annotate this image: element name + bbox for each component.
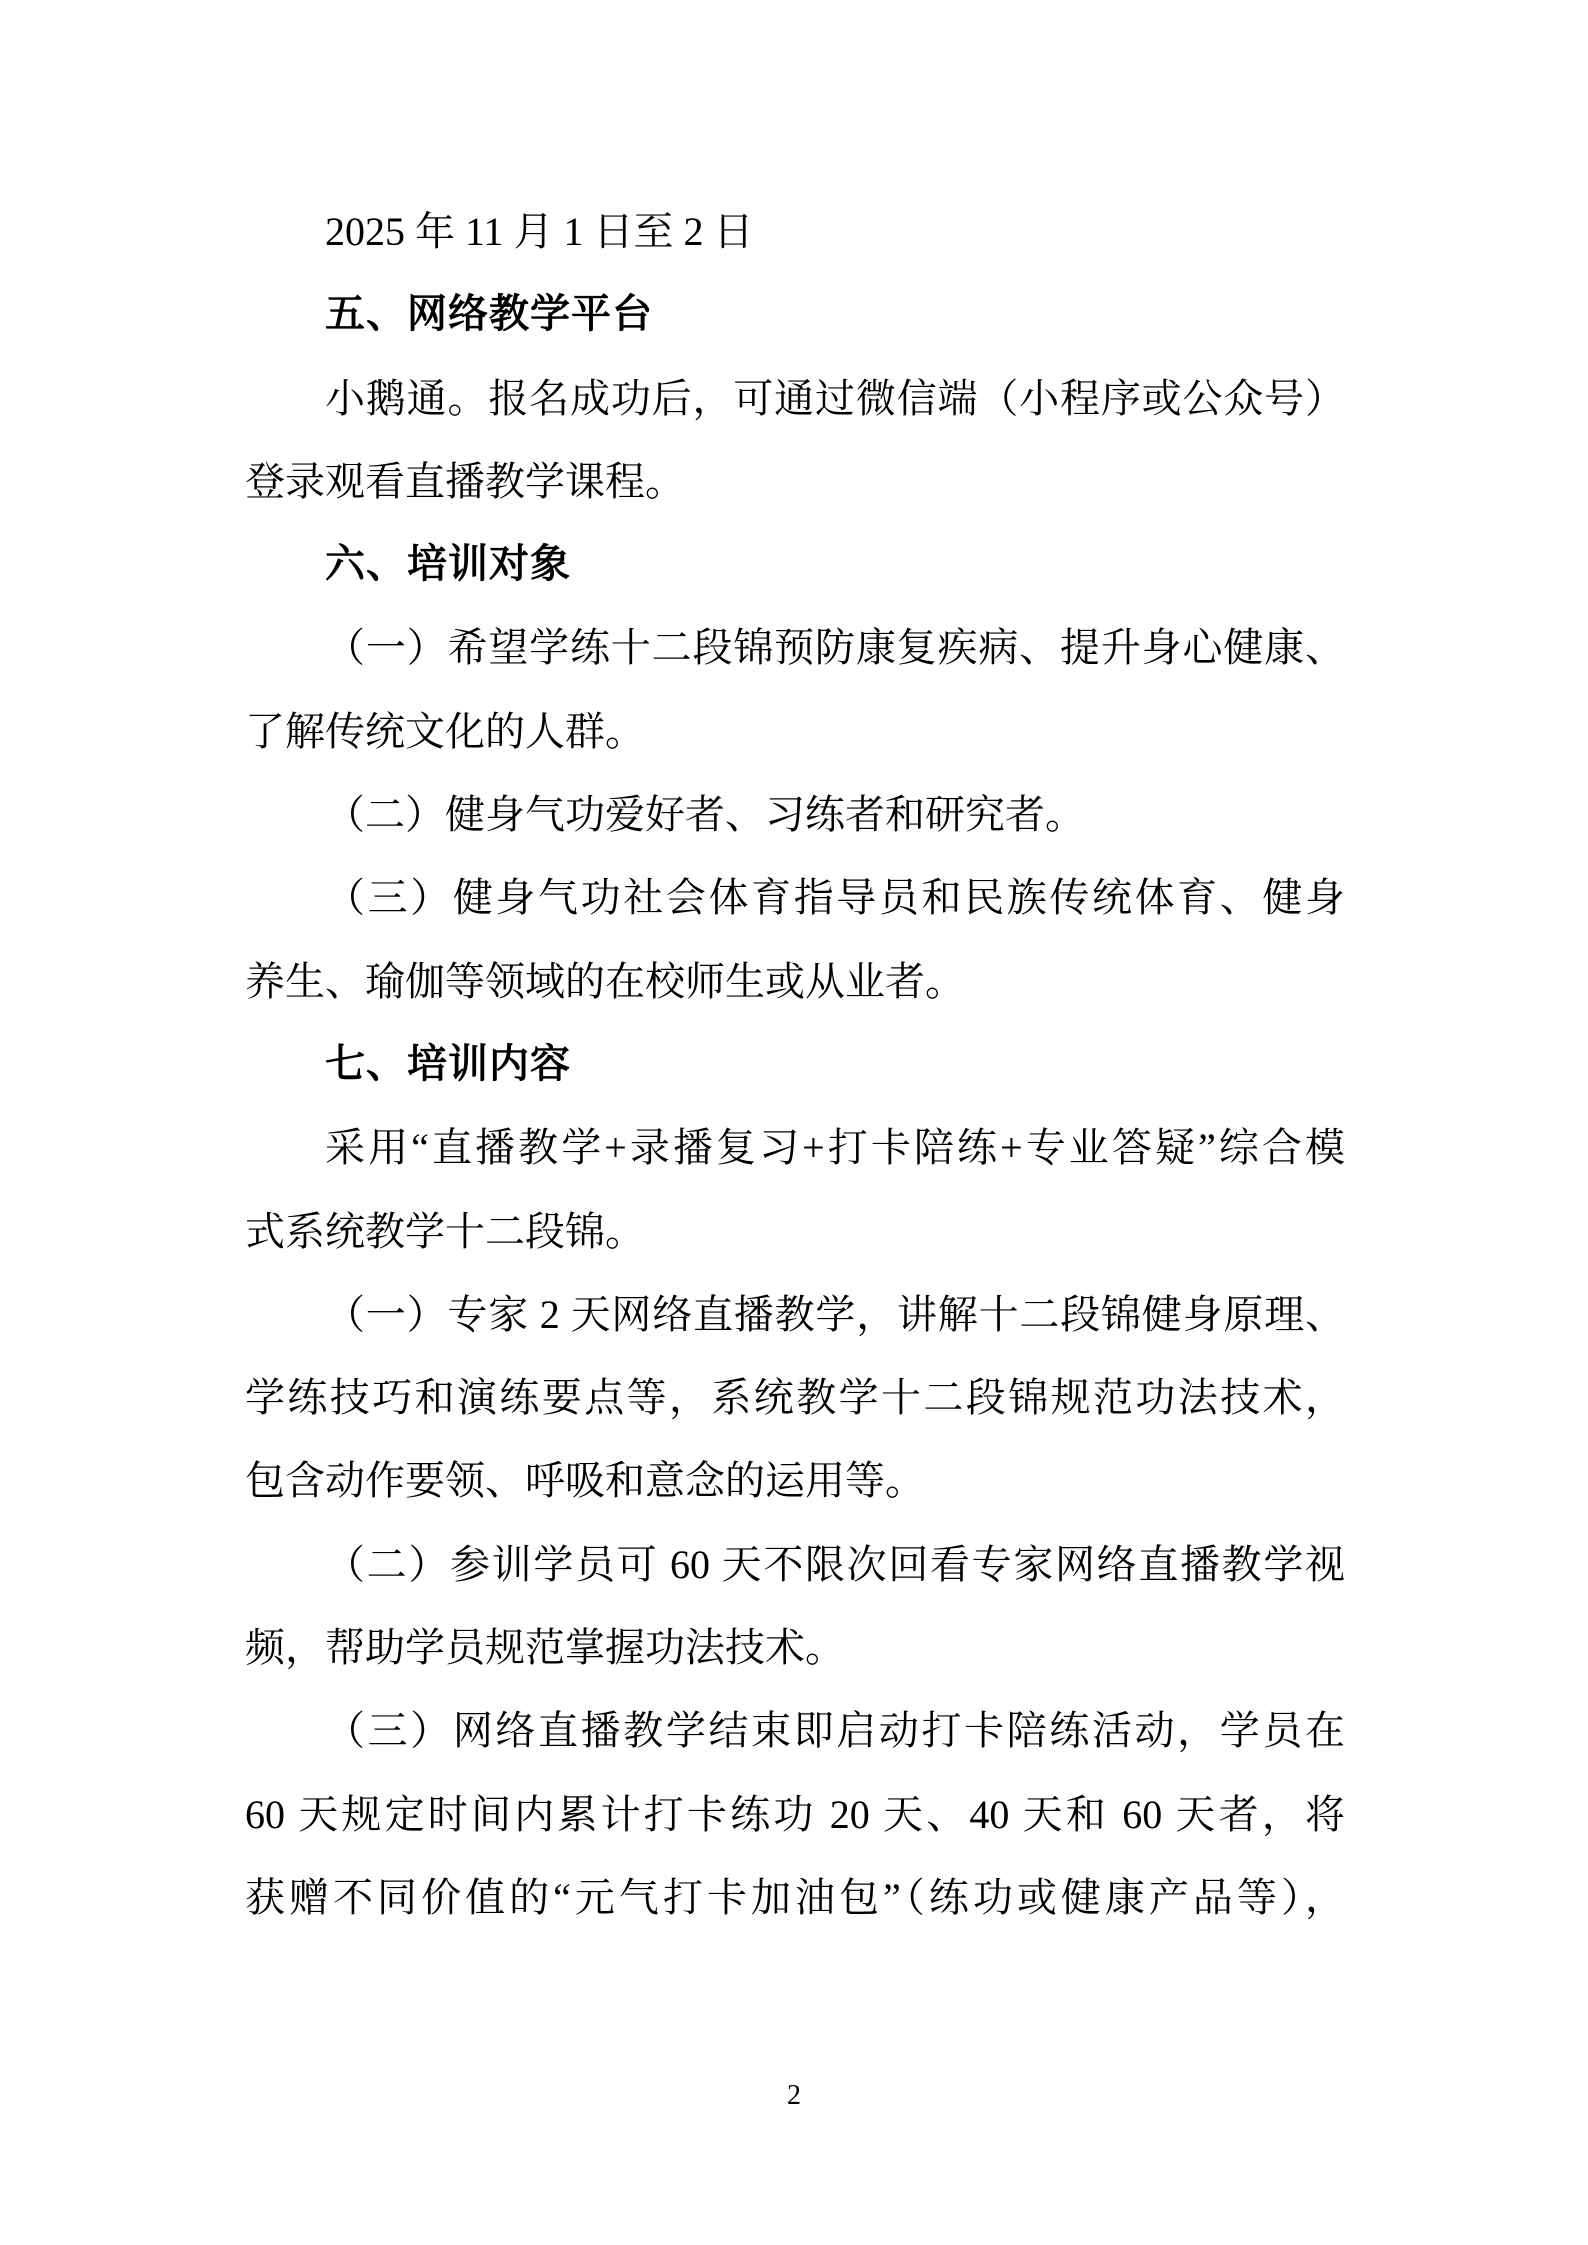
- document-line: 养生、瑜伽等领域的在校师生或从业者。: [245, 940, 1345, 1023]
- document-line: 式系统教学十二段锦。: [245, 1190, 1345, 1273]
- document-line: （三）网络直播教学结束即启动打卡陪练活动，学员在: [245, 1689, 1345, 1772]
- document-page: 2025 年 11 月 1 日至 2 日五、网络教学平台小鹅通。报名成功后，可通…: [0, 0, 1588, 2245]
- document-line: （二）参训学员可 60 天不限次回看专家网络直播教学视: [245, 1523, 1345, 1606]
- document-line: （三）健身气功社会体育指导员和民族传统体育、健身: [245, 856, 1345, 939]
- page-number: 2: [0, 2066, 1588, 2126]
- document-line: 七、培训内容: [245, 1023, 1345, 1106]
- document-line: 60 天规定时间内累计打卡练功 20 天、40 天和 60 天者，将: [245, 1773, 1345, 1856]
- document-line: 采用“直播教学+录播复习+打卡陪练+专业答疑”综合模: [245, 1106, 1345, 1189]
- document-body: 2025 年 11 月 1 日至 2 日五、网络教学平台小鹅通。报名成功后，可通…: [245, 190, 1345, 1939]
- document-line: （一）专家 2 天网络直播教学，讲解十二段锦健身原理、: [245, 1273, 1345, 1356]
- document-line: 获赠不同价值的“元气打卡加油包”（练功或健康产品等），: [245, 1856, 1345, 1939]
- document-line: （二）健身气功爱好者、习练者和研究者。: [245, 773, 1345, 856]
- document-line: 六、培训对象: [245, 523, 1345, 606]
- document-line: 2025 年 11 月 1 日至 2 日: [245, 190, 1345, 273]
- document-line: 包含动作要领、呼吸和意念的运用等。: [245, 1439, 1345, 1522]
- document-line: 频，帮助学员规范掌握功法技术。: [245, 1606, 1345, 1689]
- document-line: 五、网络教学平台: [245, 273, 1345, 356]
- document-line: 了解传统文化的人群。: [245, 690, 1345, 773]
- document-line: 小鹅通。报名成功后，可通过微信端（小程序或公众号）: [245, 357, 1345, 440]
- document-line: 学练技巧和演练要点等，系统教学十二段锦规范功法技术，: [245, 1356, 1345, 1439]
- document-line: （一）希望学练十二段锦预防康复疾病、提升身心健康、: [245, 606, 1345, 689]
- document-line: 登录观看直播教学课程。: [245, 440, 1345, 523]
